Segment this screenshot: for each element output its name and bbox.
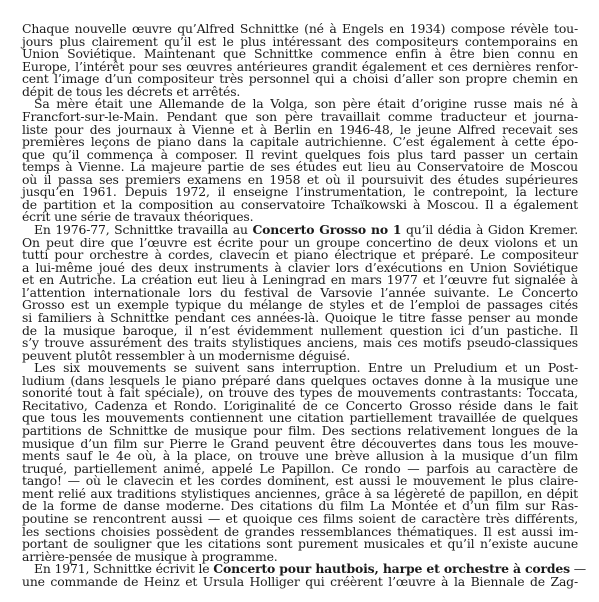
text-run: une commande de Heinz et Ursula Holliger…	[22, 574, 578, 589]
paragraph: En 1971, Schnittke écrivit le Concerto p…	[22, 563, 578, 588]
paragraph: Les six mouvements se suivent sans inter…	[22, 362, 578, 563]
document-page: Chaque nouvelle œuvre qu’Alfred Schnittk…	[22, 23, 578, 588]
paragraph: Sa mère était une Allemande de la Volga,…	[22, 98, 578, 224]
paragraph: Chaque nouvelle œuvre qu’Alfred Schnittk…	[22, 23, 578, 98]
text-line: une commande de Heinz et Ursula Holliger…	[22, 576, 578, 589]
paragraph: En 1976-77, Schnittke travailla au Conce…	[22, 224, 578, 362]
